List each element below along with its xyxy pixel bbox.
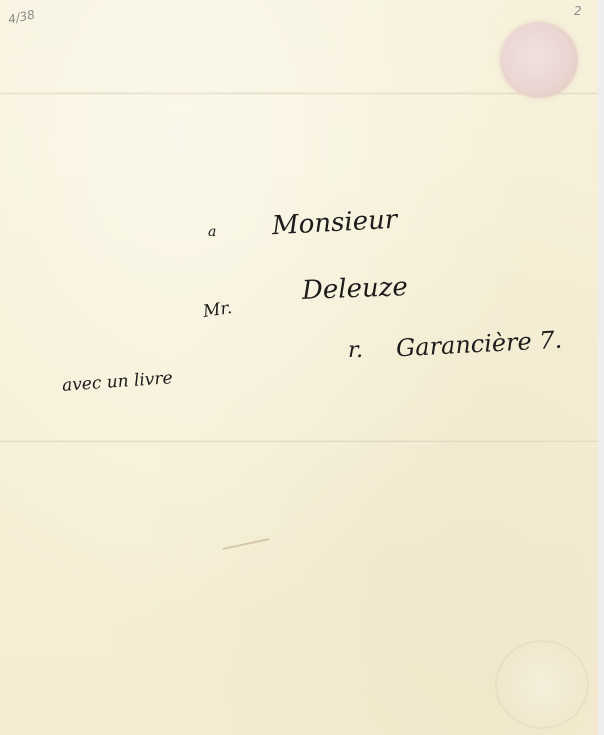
seal-impression-mark [495,640,589,729]
paper-crease [222,538,269,550]
scan-edge [598,0,604,735]
address-line2-prefix: Mr. [202,298,234,322]
wax-seal-mark [500,22,578,98]
pencil-page-number: 2 [574,4,582,18]
fold-line-top [0,92,598,95]
address-line2-name: Deleuze [302,272,409,306]
address-line4-note: avec un livre [61,368,173,396]
address-line1-prefix: a [208,224,216,240]
fold-line-middle [0,440,598,443]
letter-page: 4/38 2 a Monsieur Mr. Deleuze r. Garanci… [0,0,598,735]
address-line3-street: Garancière 7. [395,326,562,363]
address-line1-salutation: Monsieur [271,205,398,242]
pencil-reference-number: 4/38 [7,7,36,26]
address-line3-prefix: r. [348,338,363,363]
